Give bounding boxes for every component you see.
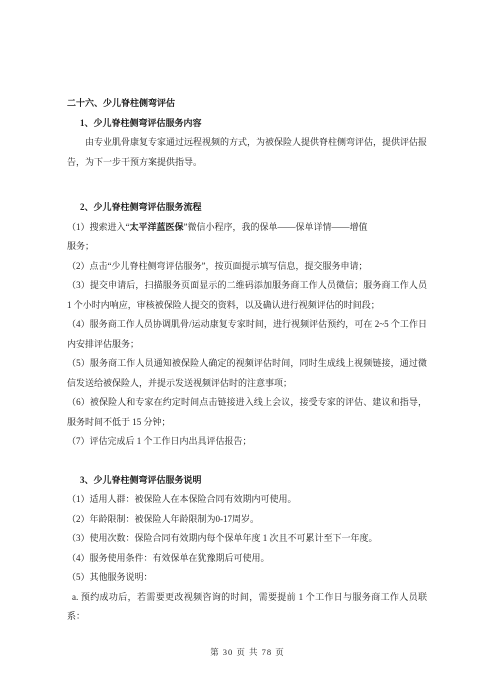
section-service-content: 1、少儿脊柱侧弯评估服务内容 由专业肌骨康复专家通过远程视频的方式，为被保险人提… [67, 114, 427, 173]
document-page: 二十六、少儿脊柱侧弯评估 1、少儿脊柱侧弯评估服务内容 由专业肌骨康复专家通过远… [0, 0, 495, 700]
brand-name: 太平洋蓝医保 [130, 222, 184, 232]
section-title-service-flow: 2、少儿脊柱侧弯评估服务流程 [67, 198, 427, 218]
page-number-footer: 第 30 页 共 78 页 [0, 646, 495, 658]
section-title-service-notes: 3、少儿脊柱侧弯评估服务说明 [67, 471, 427, 491]
flow-item-4: （4）服务商工作人员协调肌骨/运动康复专家时间，进行视频评估预约，可在 2~5 … [67, 315, 427, 354]
flow-item-6: （6）被保险人和专家在约定时间点击链接进入线上会议，接受专家的评估、建议和指导，… [67, 393, 427, 432]
flow-item-7: （7）评估完成后 1 个工作日内出具评估报告； [67, 432, 427, 452]
note-item-1: （1）适用人群：被保险人在本保险合同有效期内可使用。 [67, 490, 427, 510]
flow-item-5: （5）服务商工作人员通知被保险人确定的视频评估时间，同时生成线上视频链接，通过微… [67, 354, 427, 393]
section-service-notes: 3、少儿脊柱侧弯评估服务说明 （1）适用人群：被保险人在本保险合同有效期内可使用… [67, 471, 427, 627]
note-sub-item-a: a. 预约成功后，若需要更改视频咨询的时间，需要提前 1 个工作日与服务商工作人… [67, 588, 427, 627]
note-item-4: （4）服务使用条件：有效保单在犹豫期后可使用。 [67, 549, 427, 569]
chapter-heading: 二十六、少儿脊柱侧弯评估 [67, 94, 427, 114]
section-service-flow: 2、少儿脊柱侧弯评估服务流程 （1）搜索进入“太平洋蓝医保”微信小程序，我的保单… [67, 198, 427, 452]
note-item-2: （2）年龄限制：被保险人年龄限制为0-17周岁。 [67, 510, 427, 530]
flow-item-1-prefix: （1）搜索进入“ [67, 222, 130, 232]
page-content: 二十六、少儿脊柱侧弯评估 1、少儿脊柱侧弯评估服务内容 由专业肌骨康复专家通过远… [67, 94, 427, 627]
note-item-5: （5）其他服务说明： [67, 568, 427, 588]
service-content-paragraph: 由专业肌骨康复专家通过远程视频的方式，为被保险人提供脊柱侧弯评估，提供评估报告，… [67, 133, 427, 172]
flow-item-3: （3）提交申请后，扫描服务页面显示的二维码添加服务商工作人员微信；服务商工作人员… [67, 276, 427, 315]
note-item-3: （3）使用次数：保险合同有效期内每个保单年度 1 次且不可累计至下一年度。 [67, 529, 427, 549]
section-title-service-content: 1、少儿脊柱侧弯评估服务内容 [67, 114, 427, 134]
flow-item-1: （1）搜索进入“太平洋蓝医保”微信小程序，我的保单——保单详情——增值 服务； [67, 218, 427, 257]
flow-item-2: （2）点击“少儿脊柱侧弯评估服务”，按页面提示填写信息，提交服务申请； [67, 257, 427, 277]
